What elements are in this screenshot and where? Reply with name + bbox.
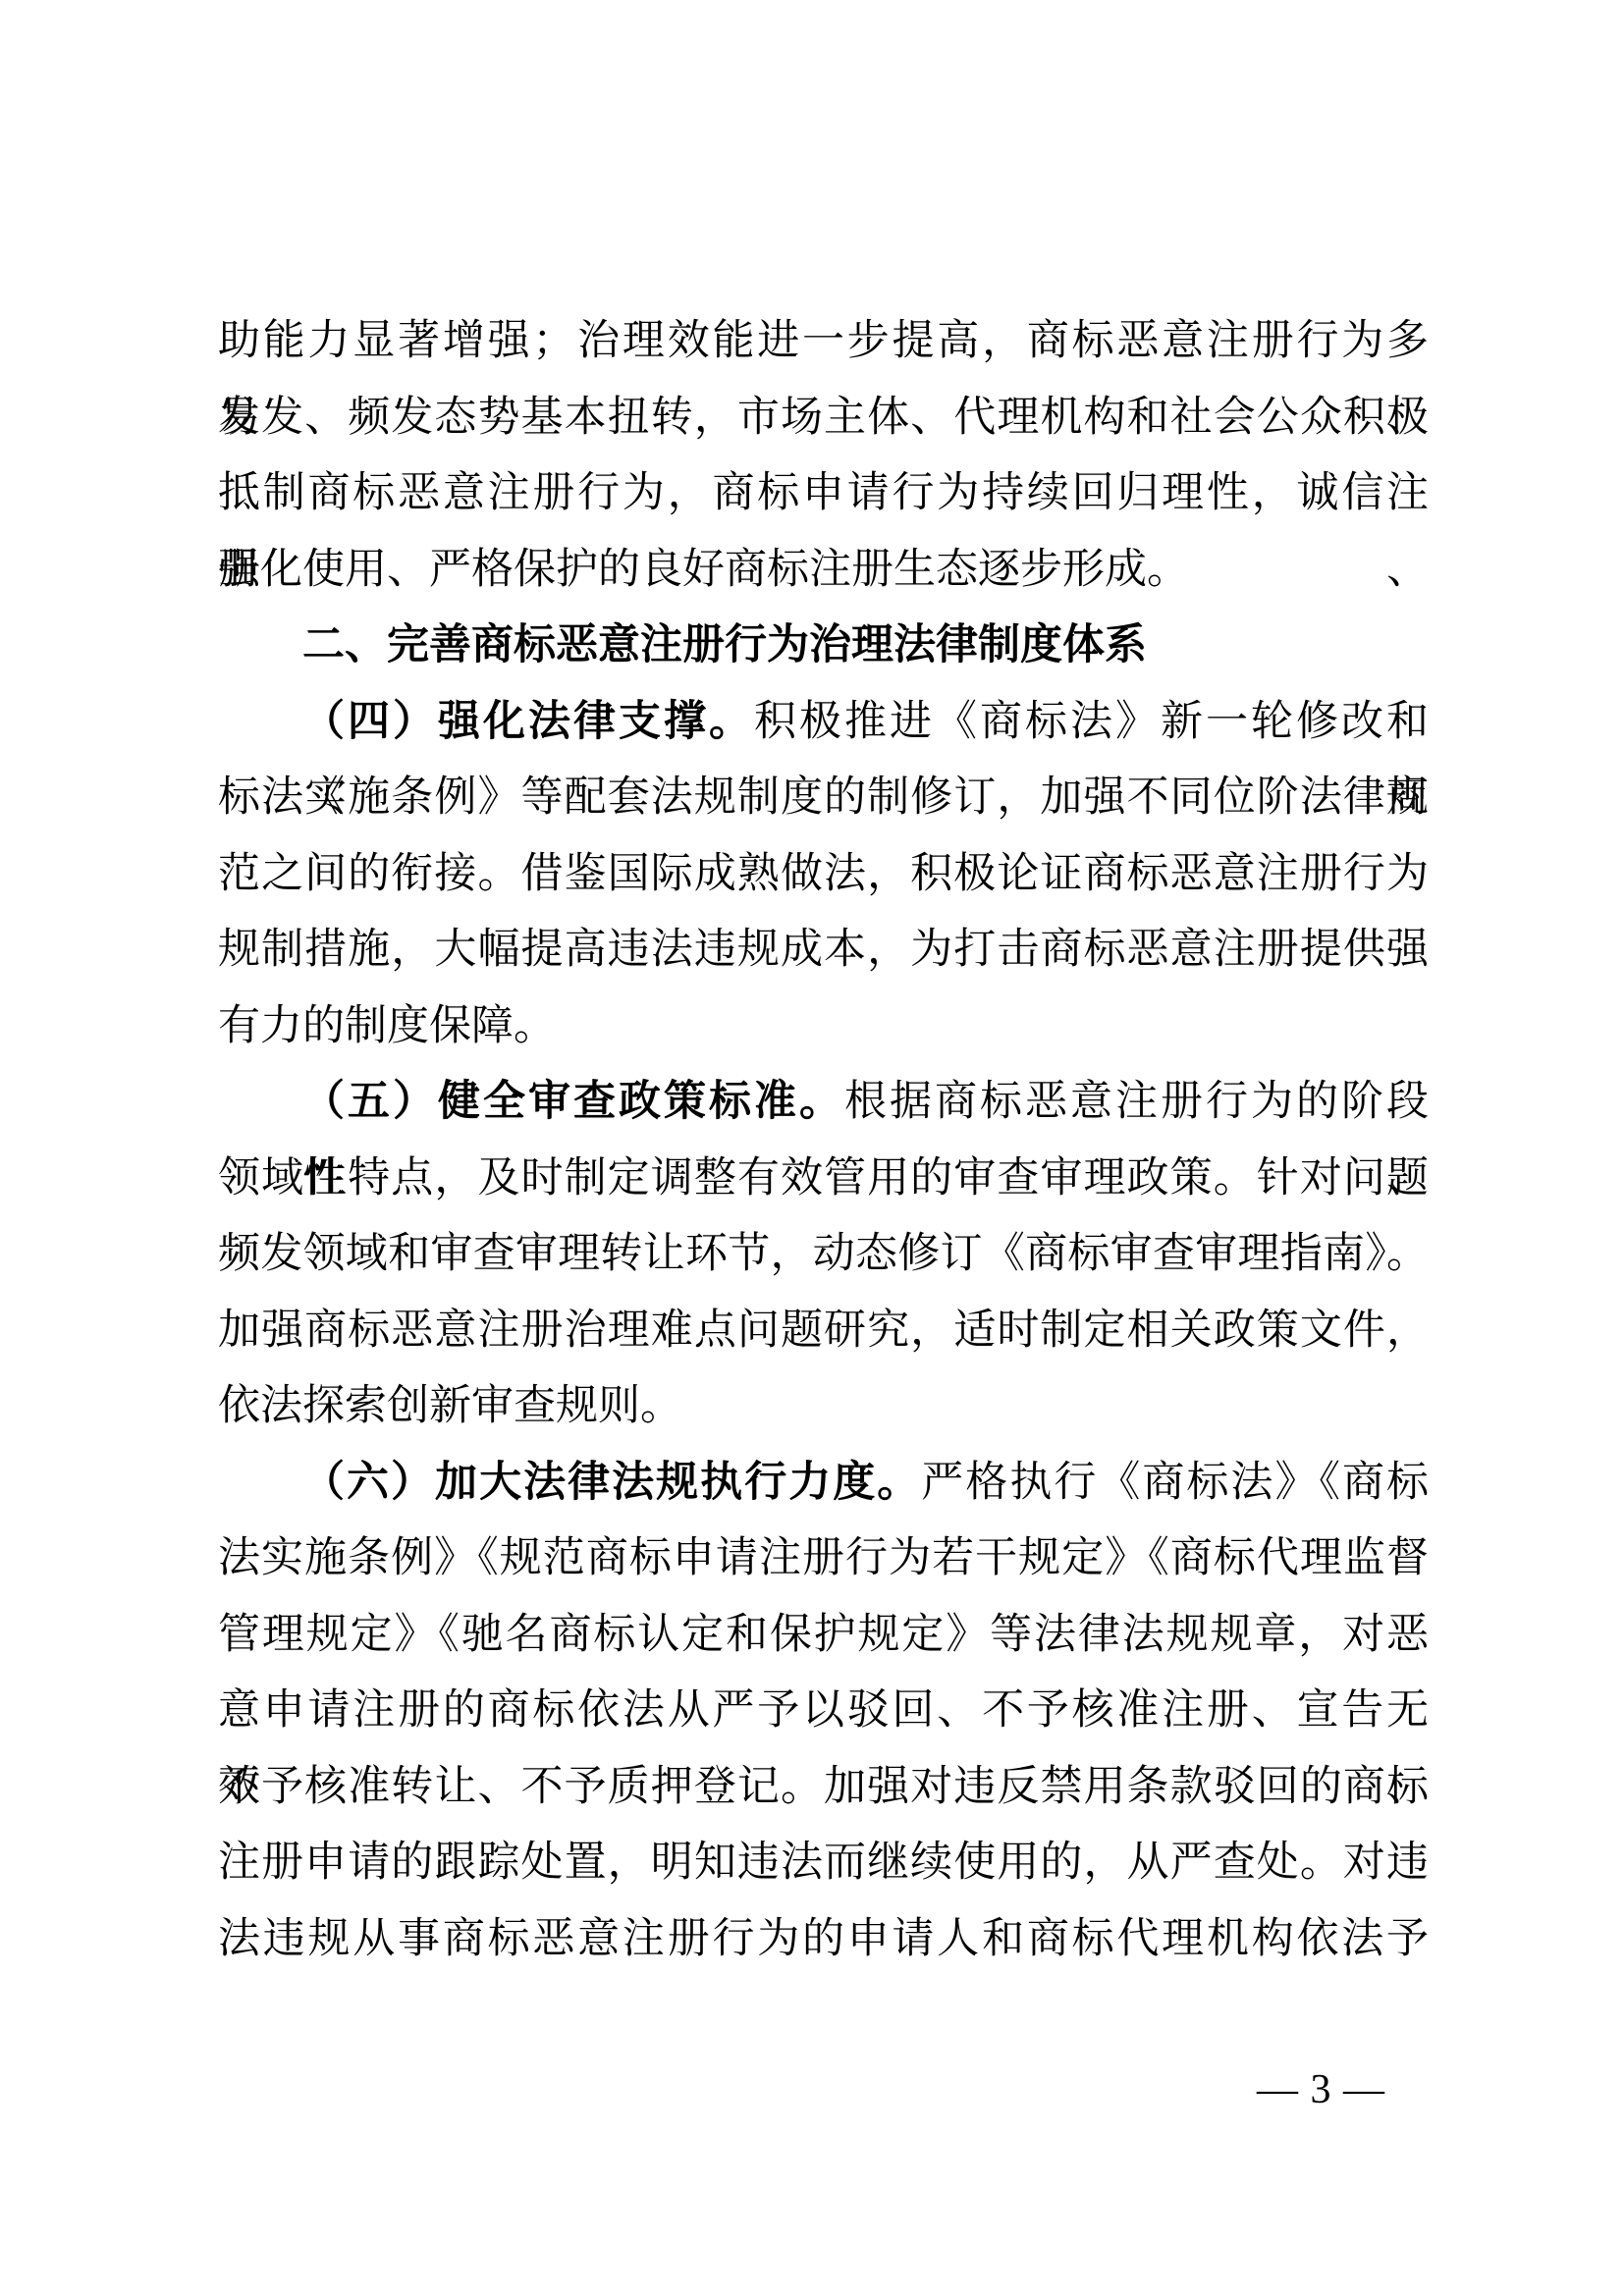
- text-segment: 有力的制度保障。: [218, 1003, 556, 1049]
- bold-text-segment: 二、完善商标恶意注册行为治理法律制度体系: [302, 622, 1147, 668]
- text-line: 不予核准转让、不予质押登记。加强对违反禁用条款驳回的商标: [218, 1749, 1429, 1826]
- text-segment: 法实施条例》《规范商标申请注册行为若干规定》《商标代理监督: [218, 1535, 1429, 1581]
- document-text-block: 助能力显著增强；治理效能进一步提高，商标恶意注册行为多发、易发、频发态势基本扭转…: [218, 303, 1429, 1977]
- text-line: 规制措施，大幅提高违法违规成本，为打击商标恶意注册提供强: [218, 912, 1429, 988]
- text-line: （五）健全审查政策标准。根据商标恶意注册行为的阶段性、: [218, 1064, 1429, 1141]
- text-line: 抵制商标恶意注册行为，商标申请行为持续回归理性，诚信注册、: [218, 455, 1429, 532]
- text-segment: 不予核准转让、不予质押登记。加强对违反禁用条款驳回的商标: [218, 1764, 1429, 1810]
- text-line: 标法实施条例》等配套法规制度的制修订，加强不同位阶法律规: [218, 760, 1429, 836]
- text-line: 领域性特点，及时制定调整有效管用的审查审理政策。针对问题: [218, 1141, 1429, 1217]
- text-segment: 管理规定》《驰名商标认定和保护规定》等法律法规规章，对恶: [218, 1612, 1429, 1658]
- text-line: 注册申请的跟踪处置，明知违法而继续使用的，从严查处。对违: [218, 1825, 1429, 1901]
- text-line: 范之间的衔接。借鉴国际成熟做法，积极论证商标恶意注册行为: [218, 836, 1429, 913]
- text-segment: 强化使用、严格保护的良好商标注册生态逐步形成。: [218, 547, 1189, 593]
- text-line: 依法探索创新审查规则。: [218, 1368, 1429, 1445]
- text-segment: 依法探索创新审查规则。: [218, 1383, 682, 1429]
- text-line: 意申请注册的商标依法从严予以驳回、不予核准注册、宣告无效、: [218, 1673, 1429, 1749]
- text-segment: 严格执行《商标法》《商标: [921, 1460, 1429, 1506]
- text-line: 管理规定》《驰名商标认定和保护规定》等法律法规规章，对恶: [218, 1597, 1429, 1674]
- page-number: — 3 —: [1257, 2067, 1385, 2112]
- text-line: 频发领域和审查审理转让环节，动态修订《商标审查审理指南》。: [218, 1216, 1429, 1293]
- text-segment: 规制措施，大幅提高违法违规成本，为打击商标恶意注册提供强: [218, 927, 1429, 973]
- text-line: 加强商标恶意注册治理难点问题研究，适时制定相关政策文件，: [218, 1293, 1429, 1369]
- text-line: 易发、频发态势基本扭转，市场主体、代理机构和社会公众积极: [218, 380, 1429, 456]
- bold-text-segment: （六）加大法律法规执行力度。: [302, 1460, 921, 1506]
- bold-text-segment: （四）强化法律支撑。: [302, 699, 754, 745]
- text-segment: 易发、频发态势基本扭转，市场主体、代理机构和社会公众积极: [218, 395, 1429, 441]
- text-segment: 频发领域和审查审理转让环节，动态修订《商标审查审理指南》。: [218, 1231, 1429, 1277]
- text-segment: 标法实施条例》等配套法规制度的制修订，加强不同位阶法律规: [218, 774, 1429, 821]
- document-page: { "page": { "background": "#ffffff", "te…: [0, 0, 1624, 2296]
- text-segment: 范之间的衔接。借鉴国际成熟做法，积极论证商标恶意注册行为: [218, 851, 1429, 897]
- text-line: 有力的制度保障。: [218, 988, 1429, 1065]
- text-line: （四）强化法律支撑。积极推进《商标法》新一轮修改和《商: [218, 684, 1429, 761]
- text-segment: 法违规从事商标恶意注册行为的申请人和商标代理机构依法予: [218, 1916, 1429, 1962]
- text-segment: 领域性特点，及时制定调整有效管用的审查审理政策。针对问题: [218, 1155, 1429, 1201]
- bold-text-segment: （五）健全审查政策标准。: [302, 1079, 844, 1125]
- text-line: 法违规从事商标恶意注册行为的申请人和商标代理机构依法予: [218, 1901, 1429, 1978]
- text-line: 法实施条例》《规范商标申请注册行为若干规定》《商标代理监督: [218, 1521, 1429, 1597]
- text-segment: 加强商标恶意注册治理难点问题研究，适时制定相关政策文件，: [218, 1308, 1429, 1354]
- section-heading: 二、完善商标恶意注册行为治理法律制度体系: [218, 608, 1429, 684]
- text-line: 助能力显著增强；治理效能进一步提高，商标恶意注册行为多发、: [218, 303, 1429, 380]
- text-line: （六）加大法律法规执行力度。严格执行《商标法》《商标: [218, 1445, 1429, 1522]
- text-segment: 注册申请的跟踪处置，明知违法而继续使用的，从严查处。对违: [218, 1840, 1429, 1886]
